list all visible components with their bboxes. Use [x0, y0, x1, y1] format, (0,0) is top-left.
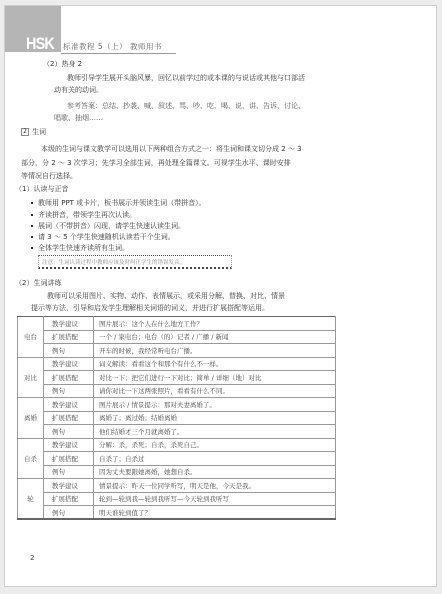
row-label: 例句 — [44, 384, 94, 398]
table-cell: 明天谁轮到值了？ — [94, 506, 336, 520]
table-row: 离婚 教学建议 图片展示 / 情景提示：那对夫妻离婚了。 — [18, 398, 336, 412]
table-cell: 分解：杀，杀死；自杀，杀死自己。 — [94, 438, 336, 452]
table-row: 例句 请你对比一下这两张照片，看看有什么不同。 — [18, 384, 336, 398]
vocab-word: 自杀 — [18, 438, 44, 479]
row-label: 教学建议 — [44, 438, 94, 452]
table-cell: 请你对比一下这两张照片，看看有什么不同。 — [94, 384, 336, 398]
table-row: 扩展搭配 一个 / 家电台；电台（的）记者 / 广播 / 新闻 — [18, 330, 336, 344]
table-cell: 因为丈夫要跟她离婚，她想自杀。 — [94, 465, 336, 479]
section-intro-line-3: 等情况自行选择。 — [21, 171, 77, 181]
header-rule — [61, 53, 176, 54]
row-label: 扩展搭配 — [44, 492, 94, 506]
table-row: 电台 教学建议 图片展示：这个人在什么地方工作？ — [18, 317, 336, 331]
page-number: 2 — [30, 554, 34, 562]
section-intro-line-2: 部分，分 2 ～ 3 次学习；先学习全部生词，再处理全篇课文。可视学生水平、课时… — [21, 158, 291, 168]
section-intro-line-1: 本级的生词与课文教学可以选用以下两种组合方式之一：将生词和课文切分成 2 ～ 3 — [41, 144, 302, 154]
bullet-item: 请 3 ～ 5 个学生快速随机认读若干个生词。 — [31, 232, 175, 242]
table-cell: 情景提示：昨天一位同学听写，明天是他，今天是我。 — [94, 479, 336, 493]
table-row: 自杀 教学建议 分解：杀，杀死；自杀，杀死自己。 — [18, 438, 336, 452]
practice-paragraph-line-1: 教师可以采用图片、实物、动作、表情展示，或采用分解、替换、对比、情景 — [47, 291, 285, 301]
section-number-icon: 2 — [21, 128, 29, 136]
table-row: 例句 明天谁轮到值了？ — [18, 506, 336, 520]
table-row: 例句 开车的时候，我经常听电台广播。 — [18, 344, 336, 358]
sub-heading-reading: （1）认读与正音 — [15, 184, 68, 194]
row-label: 教学建议 — [44, 398, 94, 412]
bullet-item: 全体学生快速齐读所有生词。 — [31, 243, 129, 253]
warmup-answer-line-2: 唱歌、抽烟…… — [54, 113, 103, 123]
hsk-logo: HSK — [26, 34, 54, 54]
bullet-icon — [31, 225, 33, 227]
table-cell: 离婚了；离过婚；结婚离婚 — [94, 411, 336, 425]
row-label: 例句 — [44, 506, 94, 520]
vocab-word: 离婚 — [18, 398, 44, 439]
row-label: 扩展搭配 — [44, 330, 94, 344]
vocab-word: 轮 — [18, 479, 44, 520]
bullet-icon — [31, 236, 33, 238]
document-page: HSK 标准教程 5（上） 教师用书 （2）热身 2 教师引导学生展开头脑风暴，… — [4, 5, 437, 587]
row-label: 例句 — [44, 425, 94, 439]
vocab-word: 对比 — [18, 357, 44, 398]
sub-heading-practice: （2）生词讲练 — [15, 278, 61, 288]
bullet-item: 展词（不带拼音）闪现，请学生快速认读生词。 — [31, 221, 185, 231]
table-row: 扩展搭配 轮到—轮到我—轮到我听写—今天轮到我听写 — [18, 492, 336, 506]
book-title: 标准教程 5（上） 教师用书 — [63, 41, 162, 52]
section-title: 生词 — [32, 128, 46, 136]
bullet-item: 教师用 PPT 或卡片，板书展示并领读生词（带拼音）。 — [31, 198, 206, 208]
table-cell: 图片展示 / 情景提示：那对夫妻离婚了。 — [94, 398, 336, 412]
table-cell: 对比一下；把它们进行一下对比；简单 / 详细（地）对比 — [94, 371, 336, 385]
table-cell: 他们结婚才三个月就离婚了。 — [94, 425, 336, 439]
table-row: 对比 教学建议 词义解读：看看这个和那个有什么不一样。 — [18, 357, 336, 371]
row-label: 教学建议 — [44, 479, 94, 493]
bullet-item: 齐读拼音，带领学生再次认读。 — [31, 210, 136, 220]
row-label: 教学建议 — [44, 317, 94, 331]
row-label: 例句 — [44, 344, 94, 358]
row-label: 扩展搭配 — [44, 411, 94, 425]
hsk-logo-block: HSK — [5, 6, 61, 52]
table-row: 扩展搭配 对比一下；把它们进行一下对比；简单 / 详细（地）对比 — [18, 371, 336, 385]
table-cell: 一个 / 家电台；电台（的）记者 / 广播 / 新闻 — [94, 330, 336, 344]
row-label: 例句 — [44, 465, 94, 479]
table-row: 例句 因为丈夫要跟她离婚，她想自杀。 — [18, 465, 336, 479]
practice-paragraph-line-2: 提示等方法，引导和启发学生理解相关词语的词义，并进行扩展搭配等运用。 — [31, 303, 269, 313]
warmup-heading: （2）热身 2 — [43, 59, 82, 69]
table-cell: 词义解读：看看这个和那个有什么不一样。 — [94, 357, 336, 371]
warmup-paragraph-line-1: 教师引导学生展开头脑风暴，回忆以前学过的或本课的与说话或其他与口部活 — [67, 73, 305, 83]
table-cell: 自杀了；自杀过 — [94, 452, 336, 466]
table-cell: 轮到—轮到我—轮到我听写—今天轮到我听写 — [94, 492, 336, 506]
table-cell: 开车的时候，我经常听电台广播。 — [94, 344, 336, 358]
note-box: 注意：生词认读过程中教师应该及时纠正学生的错误发音。 — [38, 255, 232, 269]
table-row: 扩展搭配 离婚了；离过婚；结婚离婚 — [18, 411, 336, 425]
bullet-icon — [31, 247, 33, 249]
bullet-icon — [31, 214, 33, 216]
warmup-paragraph-line-2: 动有关的动词。 — [54, 85, 103, 95]
table-row: 轮 教学建议 情景提示：昨天一位同学听写，明天是他，今天是我。 — [18, 479, 336, 493]
section-heading-vocabulary: 2生词 — [21, 127, 46, 137]
vocabulary-table: 电台 教学建议 图片展示：这个人在什么地方工作？ 扩展搭配 一个 / 家电台；电… — [17, 316, 336, 520]
table-row: 扩展搭配 自杀了；自杀过 — [18, 452, 336, 466]
warmup-answer-line-1: 参考答案：总结、抄袭、喊、叙述、骂、吵、吃、喝、说、讲、告诉、讨论、 — [67, 101, 305, 111]
row-label: 扩展搭配 — [44, 452, 94, 466]
table-cell: 图片展示：这个人在什么地方工作？ — [94, 317, 336, 331]
table-row: 例句 他们结婚才三个月就离婚了。 — [18, 425, 336, 439]
row-label: 扩展搭配 — [44, 371, 94, 385]
bullet-icon — [31, 202, 33, 204]
row-label: 教学建议 — [44, 357, 94, 371]
vocab-word: 电台 — [18, 317, 44, 358]
